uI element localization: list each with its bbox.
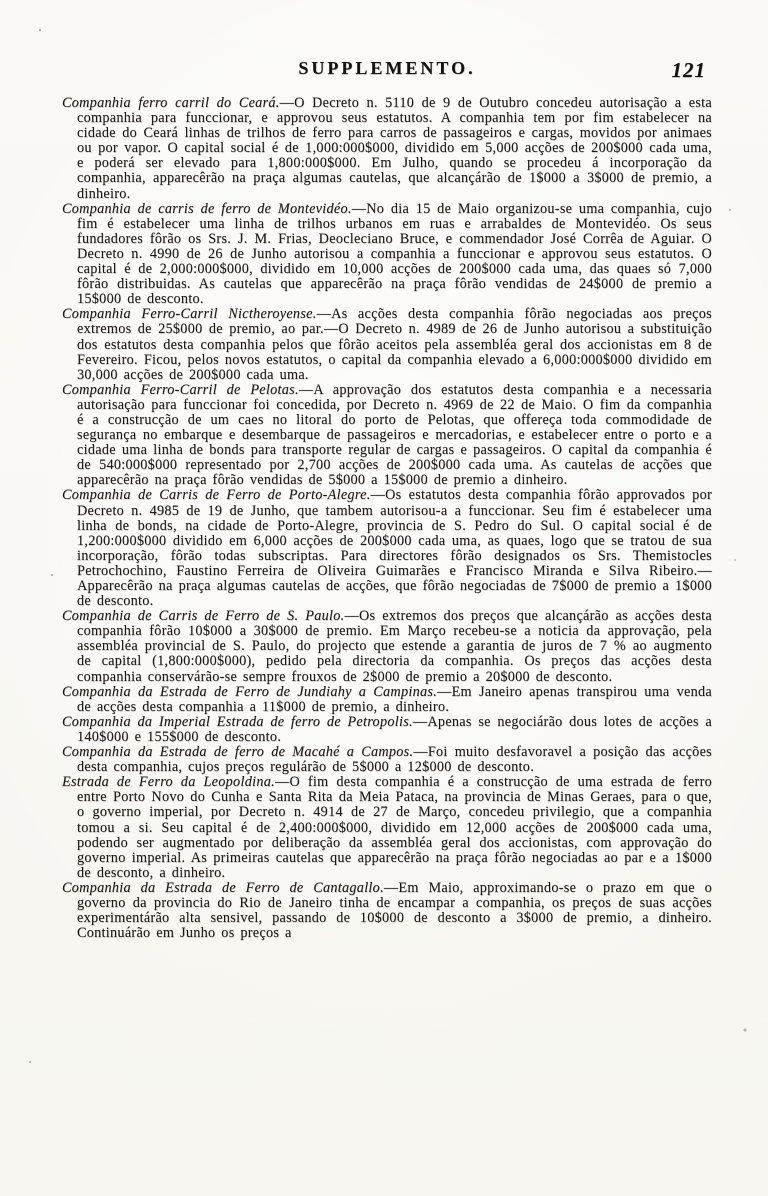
company-title: Companhia da Estrada de Ferro de Cantaga… bbox=[62, 880, 384, 896]
company-paragraph: Companhia Ferro-Carril de Pelotas.—A app… bbox=[62, 383, 712, 489]
company-paragraph: Companhia da Estrada de ferro de Macahé … bbox=[62, 745, 712, 775]
company-title: Companhia de Carris de Ferro de S. Paulo… bbox=[62, 608, 345, 624]
running-title: SUPPLEMENTO. bbox=[62, 58, 712, 79]
company-title: Companhia da Imperial Estrada de ferro d… bbox=[62, 714, 413, 730]
company-paragraph: Companhia de carris de ferro de Montevid… bbox=[62, 202, 712, 308]
paragraph-text: —No dia 15 de Maio organizou-se uma comp… bbox=[77, 201, 712, 308]
company-paragraph: Companhia da Estrada de Ferro de Jundiah… bbox=[62, 685, 712, 715]
page-number: 121 bbox=[672, 58, 707, 83]
company-title: Companhia Ferro-Carril Nictheroyense. bbox=[62, 306, 317, 322]
page-body: Companhia ferro carril do Ceará.—O Decre… bbox=[62, 96, 712, 941]
company-title: Companhia de Carris de Ferro de Porto-Al… bbox=[62, 487, 371, 503]
company-title: Estrada de Ferro da Leopoldina. bbox=[62, 774, 275, 790]
company-paragraph: Companhia da Imperial Estrada de ferro d… bbox=[62, 715, 712, 745]
page-header: SUPPLEMENTO. 121 bbox=[62, 58, 712, 88]
paragraph-text: —A approvação dos estatutos desta compan… bbox=[77, 382, 712, 489]
paragraph-text: —Os estatutos desta companhia fôrão appr… bbox=[77, 487, 712, 609]
company-paragraph: Companhia Ferro-Carril Nictheroyense.—As… bbox=[62, 307, 712, 382]
company-title: Companhia ferro carril do Ceará. bbox=[62, 95, 280, 111]
company-title: Companhia de carris de ferro de Montevid… bbox=[62, 201, 352, 217]
paragraph-text: —O Decreto n. 5110 de 9 de Outubro conce… bbox=[77, 95, 712, 202]
scanned-page: SUPPLEMENTO. 121 Companhia ferro carril … bbox=[0, 0, 768, 1196]
company-paragraph: Companhia de Carris de Ferro de S. Paulo… bbox=[62, 609, 712, 684]
company-paragraph: Companhia da Estrada de Ferro de Cantaga… bbox=[62, 881, 712, 941]
company-title: Companhia da Estrada de ferro de Macahé … bbox=[62, 744, 413, 760]
company-title: Companhia da Estrada de Ferro de Jundiah… bbox=[62, 684, 437, 700]
company-paragraph: Estrada de Ferro da Leopoldina.—O fim de… bbox=[62, 775, 712, 881]
company-paragraph: Companhia de Carris de Ferro de Porto-Al… bbox=[62, 488, 712, 609]
company-title: Companhia Ferro-Carril de Pelotas. bbox=[62, 382, 299, 398]
company-paragraph: Companhia ferro carril do Ceará.—O Decre… bbox=[62, 96, 712, 202]
paragraph-text: —O fim desta companhia é a construcção d… bbox=[77, 774, 712, 881]
